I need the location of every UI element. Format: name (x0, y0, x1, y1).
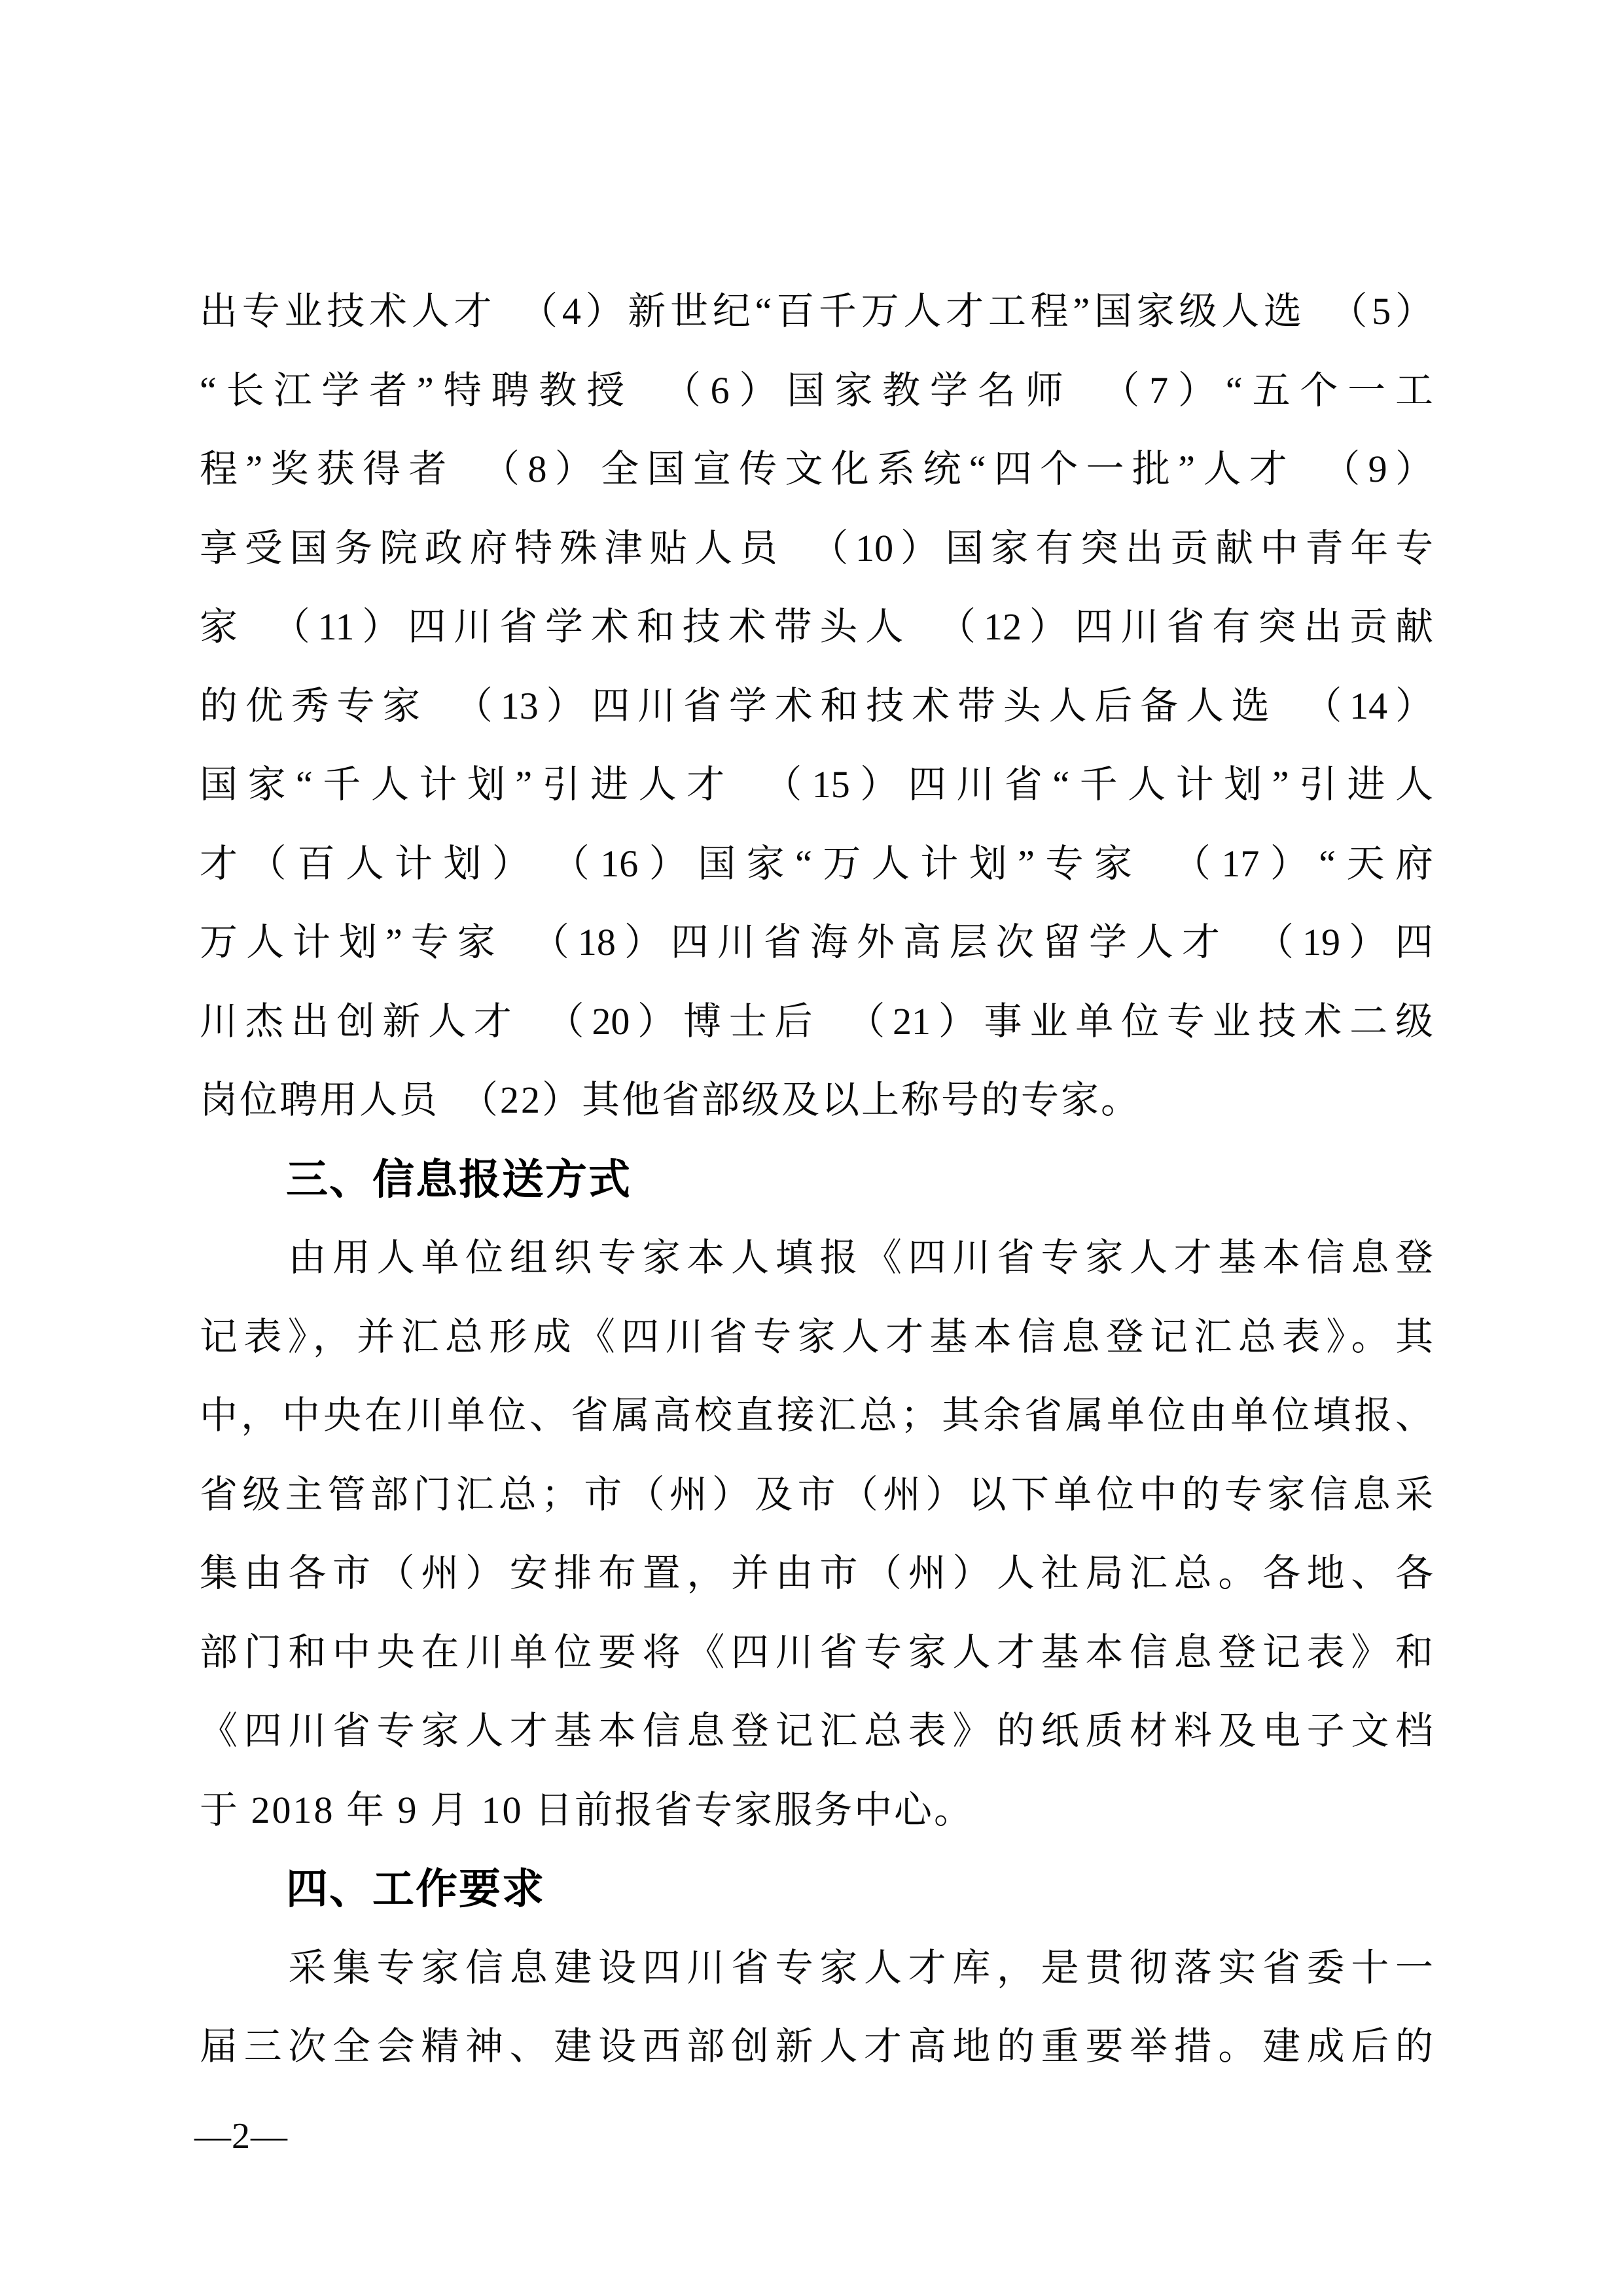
body-line-20: 于 2018 年 9 月 10 日前报省专家服务中心。 (200, 1771, 1433, 1850)
body-line-17: 集由各市（州）安排布置，并由市（州）人社局汇总。各地、各 (200, 1534, 1433, 1613)
body-line-9: 万人计划”专家 （18）四川省海外高层次留学人才 （19）四 (200, 903, 1433, 982)
body-line-15: 中，中央在川单位、省属高校直接汇总；其余省属单位由单位填报、 (200, 1376, 1433, 1456)
body-line-18: 部门和中央在川单位要将《四川省专家人才基本信息登记表》和 (200, 1613, 1433, 1693)
body-line-5: 家 （11）四川省学术和技术带头人 （12）四川省有突出贡献 (200, 588, 1433, 667)
body-line-3: 程”奖获得者 （8）全国宣传文化系统“四个一批”人才 （9） (200, 430, 1433, 509)
body-line-13: 由用人单位组织专家本人填报《四川省专家人才基本信息登 (200, 1219, 1433, 1298)
body-line-23: 届三次全会精神、建设西部创新人才高地的重要举措。建成后的 (200, 2007, 1433, 2087)
body-line-7: 国家“千人计划”引进人才 （15）四川省“千人计划”引进人 (200, 745, 1433, 825)
body-line-1: 出专业技术人才 （4）新世纪“百千万人才工程”国家级人选 （5） (200, 272, 1433, 351)
body-line-8: 才（百人计划） （16）国家“万人计划”专家 （17）“天府 (200, 825, 1433, 904)
body-line-22: 采集专家信息建设四川省专家人才库，是贯彻落实省委十一 (200, 1929, 1433, 2008)
body-line-14: 记表》，并汇总形成《四川省专家人才基本信息登记汇总表》。其 (200, 1298, 1433, 1377)
body-line-10: 川杰出创新人才 （20）博士后 （21）事业单位专业技术二级 (200, 982, 1433, 1062)
body-line-2: “长江学者”特聘教授 （6）国家教学名师 （7）“五个一工 (200, 351, 1433, 431)
section-heading-4: 四、工作要求 (200, 1850, 1433, 1929)
body-line-19: 《四川省专家人才基本信息登记汇总表》的纸质材料及电子文档 (200, 1692, 1433, 1771)
body-line-6: 的优秀专家 （13）四川省学术和技术带头人后备人选 （14） (200, 667, 1433, 746)
document-page: 出专业技术人才 （4）新世纪“百千万人才工程”国家级人选 （5） “长江学者”特… (0, 0, 1623, 2296)
page-number: —2— (194, 2115, 288, 2157)
body-line-11: 岗位聘用人员 （22）其他省部级及以上称号的专家。 (200, 1061, 1433, 1140)
section-heading-3: 三、信息报送方式 (200, 1140, 1433, 1219)
document-text-block: 出专业技术人才 （4）新世纪“百千万人才工程”国家级人选 （5） “长江学者”特… (200, 272, 1433, 2087)
body-line-4: 享受国务院政府特殊津贴人员 （10）国家有突出贡献中青年专 (200, 509, 1433, 588)
body-line-16: 省级主管部门汇总；市（州）及市（州）以下单位中的专家信息采 (200, 1456, 1433, 1535)
